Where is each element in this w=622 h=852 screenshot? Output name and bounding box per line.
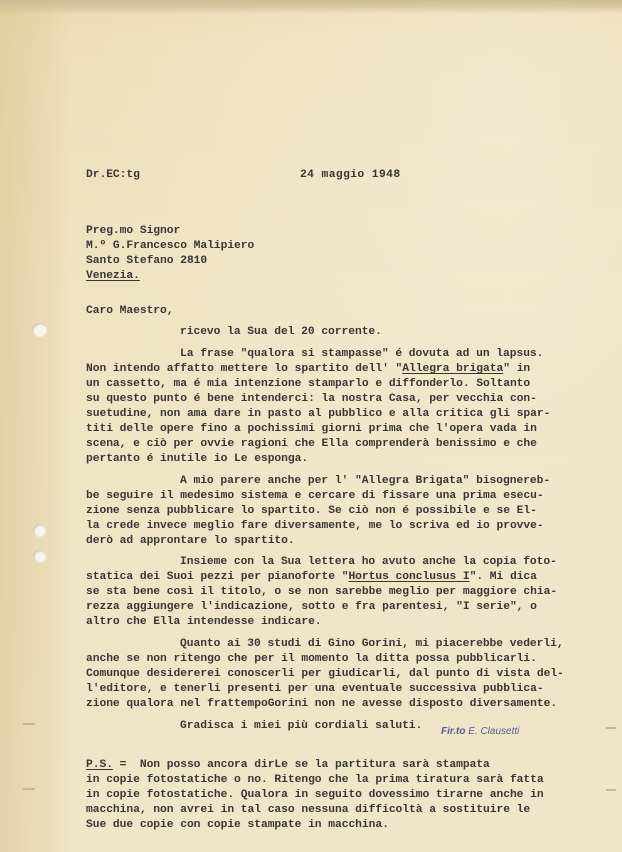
paragraph-line: se sta bene così il titolo, o se non sar… <box>86 585 557 600</box>
margin-mark <box>23 788 35 790</box>
text-run: = Non posso ancora dirLe se la partitura… <box>113 759 490 771</box>
paragraph-line: suetudine, non ama dare in pasto al pubb… <box>86 407 550 422</box>
paragraph-line: scena, e ciò per ovvie ragioni che Ella … <box>86 437 537 452</box>
paragraph-line: pertanto é inutile io Le esponga. <box>86 452 308 467</box>
paragraph-line: la crede invece meglio fare diversamente… <box>86 519 544 534</box>
paragraph-line: altro che Ella intendesse indicare. <box>86 615 322 630</box>
paragraph-line: zione qualora nel frattempoGorini non ne… <box>86 697 557 712</box>
paragraph-line: Sue due copie con copie stampate in macc… <box>86 818 389 833</box>
paragraph-line: statica dei Suoi pezzi per pianoforte "H… <box>86 570 537 585</box>
margin-mark <box>606 789 616 791</box>
salutation: Caro Maestro, <box>86 304 173 319</box>
paragraph-line: La frase "qualora si stampasse" é dovuta… <box>180 347 543 362</box>
opening-line: ricevo la Sua del 20 corrente. <box>180 325 382 340</box>
paragraph-line: anche se non ritengo che per il momento … <box>86 652 537 667</box>
recipient-title: Preg.mo Signor <box>86 224 180 239</box>
paragraph-line: in copie fotostatiche. Qualora in seguit… <box>86 788 544 803</box>
paragraph-line: Non intendo affatto mettere lo spartito … <box>86 362 530 377</box>
text-run: ". Mi dica <box>470 571 537 583</box>
paragraph-line: zione senza pubblicare lo spartito. Se c… <box>86 504 537 519</box>
punch-hole <box>32 323 47 337</box>
paragraph-line: rezza aggiungere l'indicazione, sotto e … <box>86 600 537 615</box>
work-title-allegra-brigata: Allegra brigata <box>402 363 503 375</box>
margin-mark <box>23 723 35 725</box>
paragraph-line: in copie fotostatiche o no. Ritengo che … <box>86 773 544 788</box>
signature-stamp: Fir.to E. Clausetti <box>441 726 519 737</box>
letter-date: 24 maggio 1948 <box>300 168 401 183</box>
paragraph-line: be seguire il medesimo sistema e cercare… <box>86 489 544 504</box>
paragraph-line: titi delle opere fino a pochissimi giorn… <box>86 422 537 437</box>
paragraph-line: Insieme con la Sua lettera ho avuto anch… <box>180 555 557 570</box>
margin-mark <box>606 727 616 729</box>
punch-hole <box>33 550 46 563</box>
paragraph-line: P.S. = Non posso ancora dirLe se la part… <box>86 758 490 773</box>
closing-line: Gradisca i miei più cordiali saluti. <box>180 719 422 734</box>
top-fold-shadow <box>0 0 622 14</box>
reference-code: Dr.EC:tg <box>86 168 140 183</box>
paragraph-line: l'editore, e tenerli presenti per una ev… <box>86 682 544 697</box>
recipient-street: Santo Stefano 2810 <box>86 254 207 269</box>
ps-label: P.S. <box>86 759 113 771</box>
work-title-hortus-conclusus: Hortus conclusus I <box>348 571 469 583</box>
paragraph-line: Quanto ai 30 studi di Gino Gorini, mi pi… <box>180 637 564 652</box>
paragraph-line: Comunque desidererei conoscerli per giud… <box>86 667 564 682</box>
paragraph-line: un cassetto, ma é mia intenzione stampar… <box>86 377 530 392</box>
signature-name: E. Clausetti <box>468 726 519 737</box>
paragraph-line: macchina, non avrei in tal caso nessuna … <box>86 803 530 818</box>
text-run: Non intendo affatto mettere lo spartito … <box>86 363 402 375</box>
punch-hole <box>33 524 46 537</box>
paragraph-line: su questo punto é bene intenderci: la no… <box>86 392 537 407</box>
text-run: statica dei Suoi pezzi per pianoforte " <box>86 571 348 583</box>
recipient-city: Venezia. <box>86 269 140 284</box>
letter-page: Dr.EC:tg 24 maggio 1948 Preg.mo Signor M… <box>0 0 622 852</box>
recipient-name: M.º G.Francesco Malipiero <box>86 239 254 254</box>
paragraph-line: A mio parere anche per l' "Allegra Briga… <box>180 474 550 489</box>
text-run: " in <box>503 363 530 375</box>
signature-prefix: Fir.to <box>441 726 465 737</box>
paragraph-line: derò ad approntare lo spartito. <box>86 534 295 549</box>
